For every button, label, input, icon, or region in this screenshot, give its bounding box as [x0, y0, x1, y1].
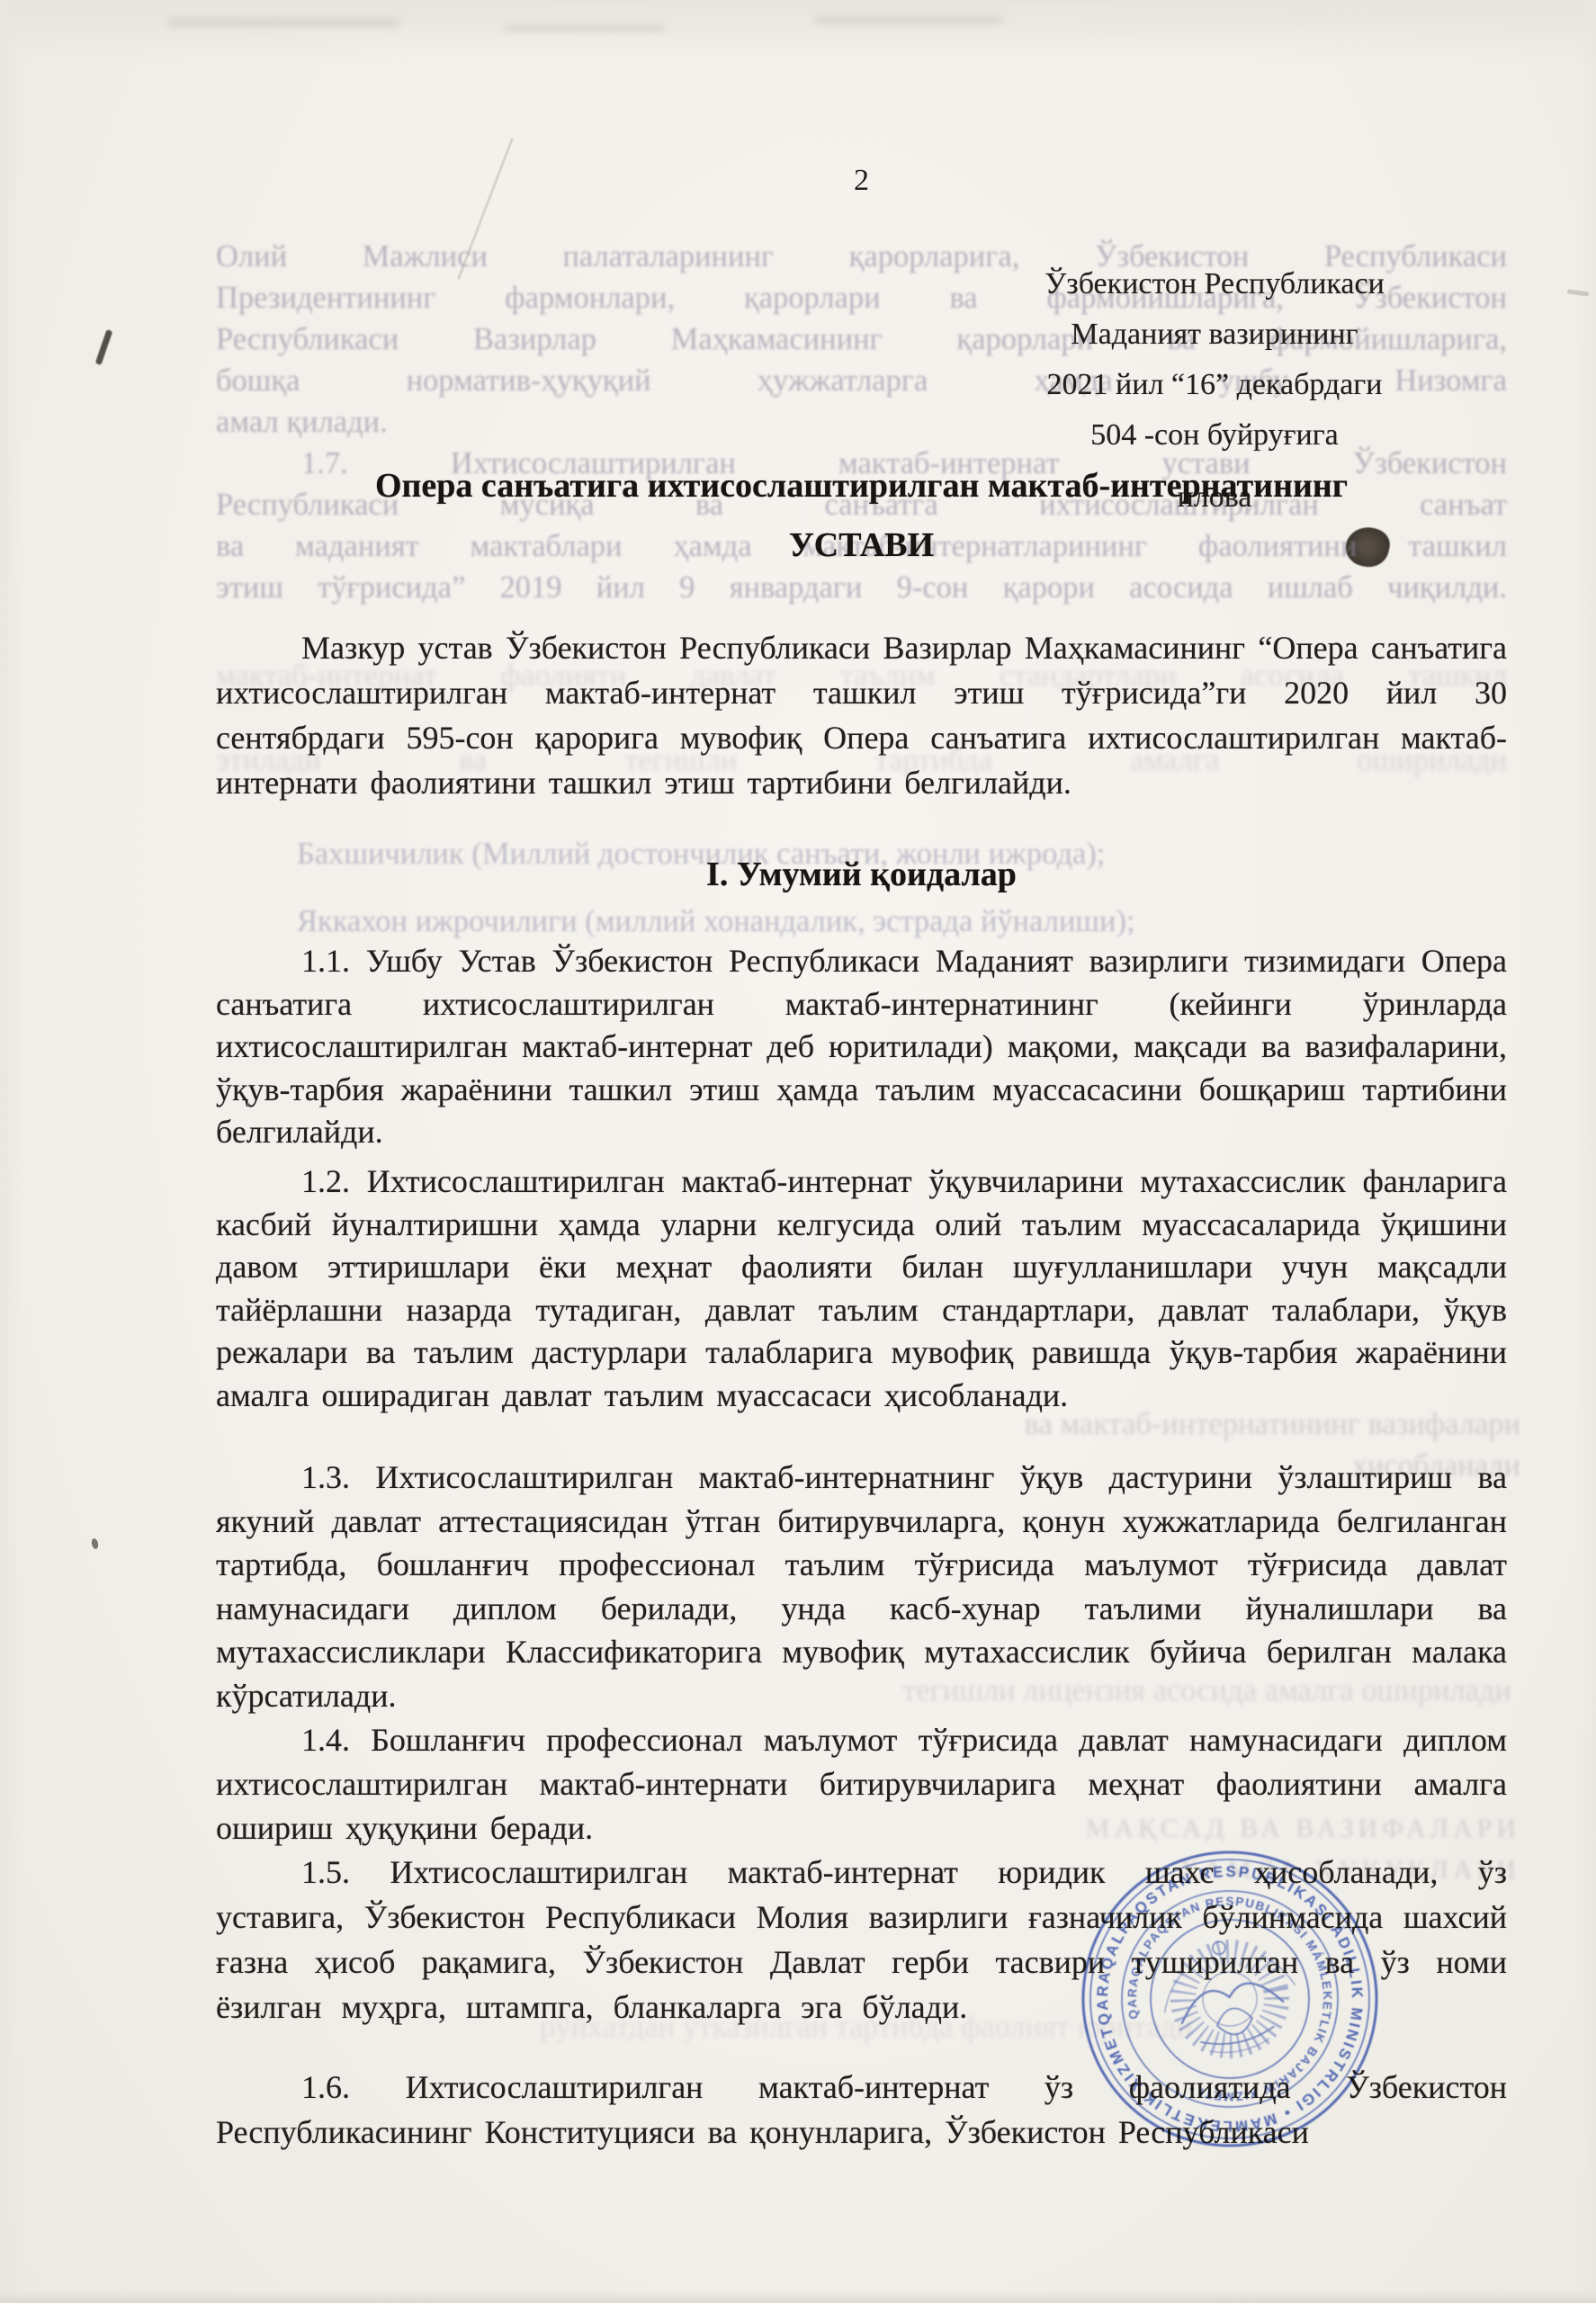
official-round-stamp: QARAQALPAQSTAN RESPUBLIKASI ÁDILLIK MINI… [1048, 1817, 1411, 2180]
scan-smudge [166, 18, 400, 27]
order-reference-line: Маданият вазирининг [985, 309, 1444, 360]
order-reference-line: Ўзбекистон Республикаси [985, 259, 1444, 309]
intro-paragraph: Мазкур устав Ўзбекистон Республикаси Ваз… [216, 625, 1507, 805]
ghost-line: этиш тўғрисида” 2019 йил 9 январдаги 9-с… [216, 567, 1507, 608]
scan-smudge [504, 24, 666, 31]
left-edge-shading [0, 0, 23, 2303]
clause-1-1: 1.1. Ушбу Устав Ўзбекистон Республикаси … [216, 940, 1507, 1154]
section-heading: I. Умумий қоидалар [216, 855, 1507, 894]
order-reference-line: 2021 йил “16” декабрдаги [985, 360, 1444, 410]
clause-1-3: 1.3. Ихтисослаштирилган мактаб-интернатн… [216, 1456, 1507, 1717]
stamp-emblem [1152, 1928, 1306, 2065]
scanned-document-page: Олий Мажлиси палаталарининг қарорларига,… [0, 0, 1596, 2303]
scan-smudge [814, 16, 1003, 24]
pen-mark [95, 329, 113, 365]
right-edge-shading [1576, 0, 1596, 2303]
document-title-line2: УСТАВИ [216, 525, 1507, 565]
paper-speck [91, 1537, 99, 1549]
order-reference-line: 504 -сон буйруғига [985, 410, 1444, 461]
ghost-line: Яккахон ижрочилиги (миллий хонандалик, э… [297, 901, 1466, 942]
page-number: 2 [216, 164, 1507, 198]
document-title-line1: Опера санъатига ихтисослаштирилган макта… [216, 466, 1507, 506]
clause-1-2: 1.2. Ихтисослаштирилган мактаб-интернат … [216, 1160, 1507, 1417]
